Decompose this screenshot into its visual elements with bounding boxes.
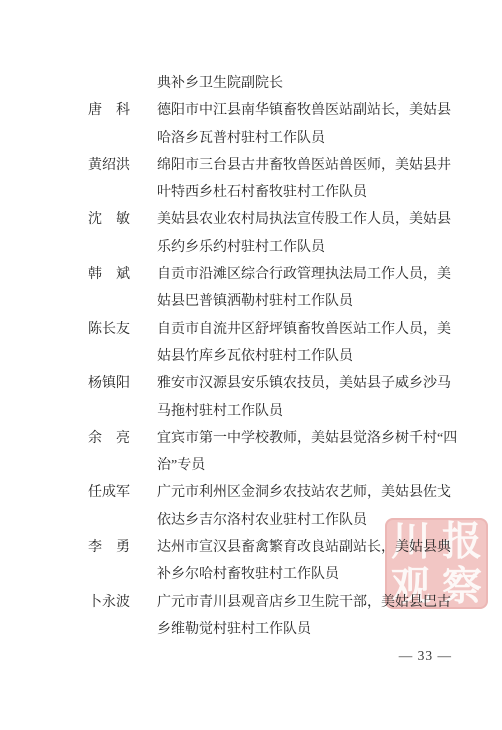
person-title: 达州市宣汉县畜禽繁育改良站副站长，美姑县典补乡尔哈村畜牧驻村工作队员 [157, 534, 467, 589]
person-name-char: 敏 [116, 206, 130, 233]
roster-entry: 余亮 宜宾市第一中学校教师，美姑县觉洛乡树千村“四治”专员 [0, 425, 502, 480]
person-name-char: 唐 [88, 97, 102, 124]
person-name-char: 成 [102, 479, 116, 506]
person-title: 德阳市中江县南华镇畜牧兽医站副站长，美姑县哈洛乡瓦普村驻村工作队员 [157, 97, 467, 152]
roster-entry: 典补乡卫生院副院长 [0, 70, 502, 97]
document-page: 川报观察 典补乡卫生院副院长 唐科 德阳市中江县南华镇畜牧兽医站副站长，美姑县哈… [0, 0, 502, 730]
person-name: 卜永波 [88, 589, 130, 616]
person-title: 自贡市自流井区舒坪镇畜牧兽医站工作人员，美姑县竹库乡瓦依村驻村工作队员 [157, 316, 467, 371]
person-name-char: 勇 [116, 534, 130, 561]
person-title: 典补乡卫生院副院长 [157, 70, 467, 97]
person-title: 绵阳市三台县古井畜牧兽医站兽医师，美姑县井叶特西乡杜石村畜牧驻村工作队员 [157, 152, 467, 207]
person-name-char: 余 [88, 425, 102, 452]
person-name-char: 沈 [88, 206, 102, 233]
person-name: 杨镇阳 [88, 370, 130, 397]
roster-entry: 陈长友 自贡市自流井区舒坪镇畜牧兽医站工作人员，美姑县竹库乡瓦依村驻村工作队员 [0, 316, 502, 371]
person-name-char: 友 [116, 316, 130, 343]
person-name-char: 任 [88, 479, 102, 506]
roster-entry: 黄绍洪 绵阳市三台县古井畜牧兽医站兽医师，美姑县井叶特西乡杜石村畜牧驻村工作队员 [0, 152, 502, 207]
person-name-char: 洪 [116, 152, 130, 179]
person-name: 李勇 [88, 534, 130, 561]
page-number: — 33 — [399, 648, 452, 664]
person-name: 韩斌 [88, 261, 130, 288]
person-name: 任成军 [88, 479, 130, 506]
person-name: 陈长友 [88, 316, 130, 343]
roster-entry: 卜永波 广元市青川县观音店乡卫生院干部，美姑县巴古乡维勒觉村驻村工作队员 [0, 589, 502, 644]
person-name-char: 黄 [88, 152, 102, 179]
person-name-char: 阳 [116, 370, 130, 397]
roster-entry: 杨镇阳 雅安市汉源县安乐镇农技员，美姑县子威乡沙马马拖村驻村工作队员 [0, 370, 502, 425]
person-name-char: 斌 [116, 261, 130, 288]
person-name-char: 军 [116, 479, 130, 506]
person-title: 自贡市沿滩区综合行政管理执法局工作人员，美姑县巴普镇洒勒村驻村工作队员 [157, 261, 467, 316]
person-name-char: 科 [116, 97, 130, 124]
roster-entry: 李勇 达州市宣汉县畜禽繁育改良站副站长，美姑县典补乡尔哈村畜牧驻村工作队员 [0, 534, 502, 589]
person-name: 沈敏 [88, 206, 130, 233]
person-name-char: 绍 [102, 152, 116, 179]
roster-entry: 任成军 广元市利州区金洞乡农技站农艺师，美姑县佐戈依达乡吉尔洛村农业驻村工作队员 [0, 479, 502, 534]
person-name-char: 卜 [88, 589, 102, 616]
person-name-char: 韩 [88, 261, 102, 288]
person-name-char: 永 [102, 589, 116, 616]
roster-entry: 韩斌 自贡市沿滩区综合行政管理执法局工作人员，美姑县巴普镇洒勒村驻村工作队员 [0, 261, 502, 316]
person-name-char: 李 [88, 534, 102, 561]
roster-entry: 唐科 德阳市中江县南华镇畜牧兽医站副站长，美姑县哈洛乡瓦普村驻村工作队员 [0, 97, 502, 152]
roster-list: 典补乡卫生院副院长 唐科 德阳市中江县南华镇畜牧兽医站副站长，美姑县哈洛乡瓦普村… [0, 70, 502, 643]
person-name-char: 长 [102, 316, 116, 343]
person-name: 余亮 [88, 425, 130, 452]
person-name: 唐科 [88, 97, 130, 124]
person-name-char: 镇 [102, 370, 116, 397]
person-name-char: 亮 [116, 425, 130, 452]
person-title: 雅安市汉源县安乐镇农技员，美姑县子威乡沙马马拖村驻村工作队员 [157, 370, 467, 425]
person-name-char: 陈 [88, 316, 102, 343]
person-name-char: 波 [116, 589, 130, 616]
person-title: 广元市利州区金洞乡农技站农艺师，美姑县佐戈依达乡吉尔洛村农业驻村工作队员 [157, 479, 467, 534]
roster-entry: 沈敏 美姑县农业农村局执法宣传股工作人员，美姑县乐约乡乐约村驻村工作队员 [0, 206, 502, 261]
person-title: 美姑县农业农村局执法宣传股工作人员，美姑县乐约乡乐约村驻村工作队员 [157, 206, 467, 261]
person-title: 广元市青川县观音店乡卫生院干部，美姑县巴古乡维勒觉村驻村工作队员 [157, 589, 467, 644]
person-name-char: 杨 [88, 370, 102, 397]
person-name: 黄绍洪 [88, 152, 130, 179]
person-title: 宜宾市第一中学校教师，美姑县觉洛乡树千村“四治”专员 [157, 425, 467, 480]
